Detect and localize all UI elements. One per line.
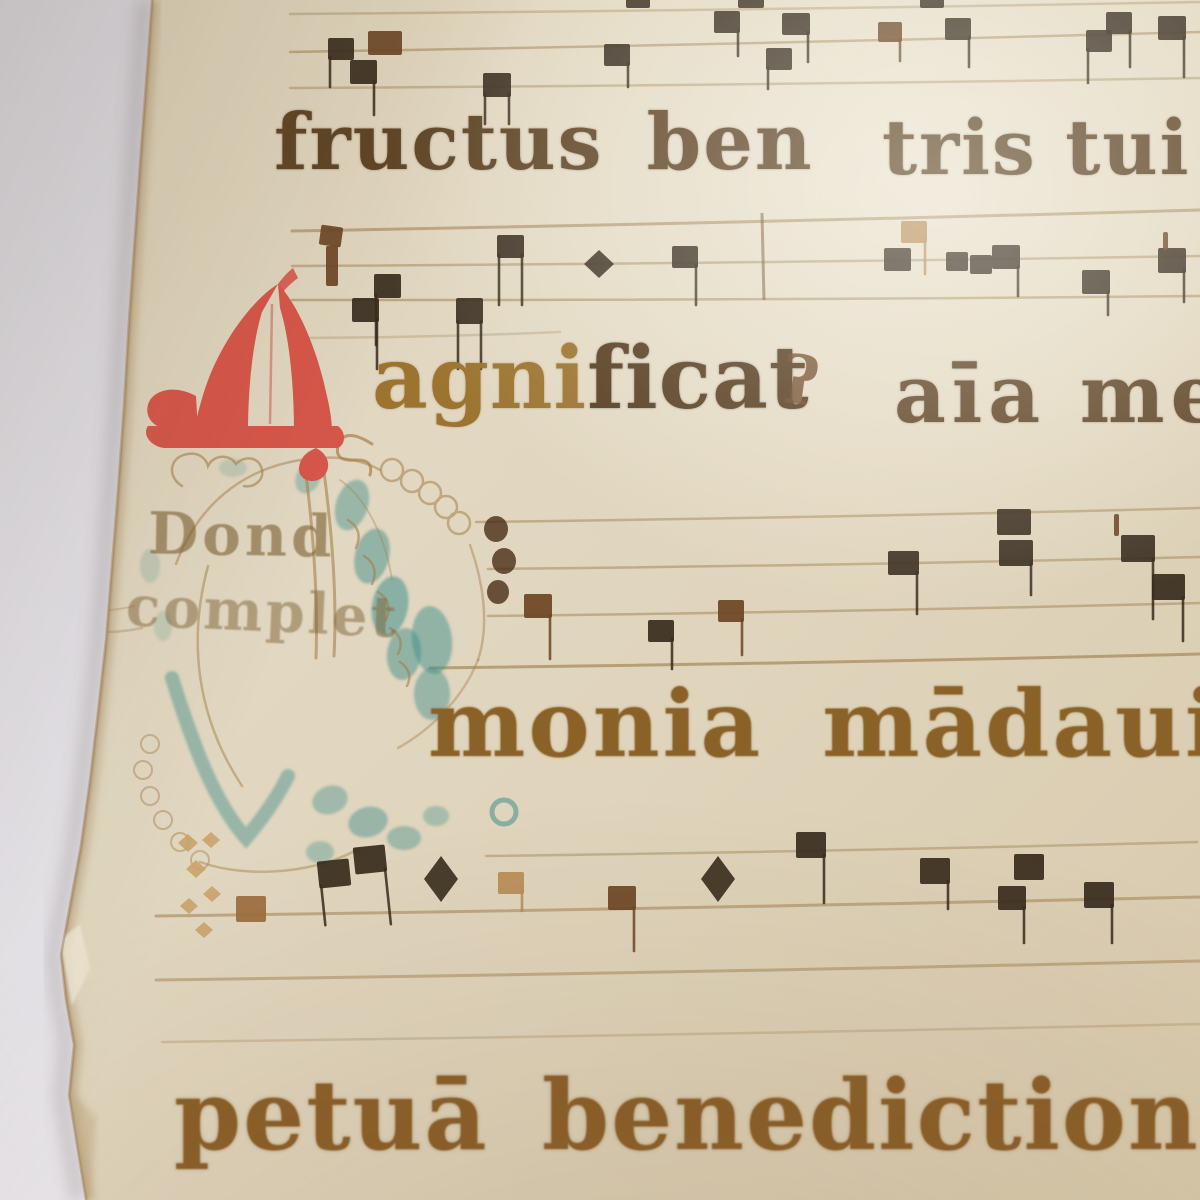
neume-sq (236, 896, 266, 922)
neume-sq (626, 0, 650, 8)
neume-blob (484, 516, 508, 542)
neume-sq (920, 0, 944, 8)
neume-bar (1114, 514, 1119, 536)
neume-sq (319, 225, 344, 248)
neume-sq (738, 0, 764, 8)
neume-blob (492, 548, 516, 574)
faded-inscription-line2: complet (125, 578, 401, 646)
magnificat-part1: agni (372, 328, 587, 429)
chant-text-tris-tui: tris tui (882, 110, 1191, 186)
staff-barline (762, 213, 764, 300)
chant-text-monia-madauit: monia mādauit (428, 678, 1200, 770)
neume-bar (326, 246, 338, 286)
neume-sq (884, 248, 911, 271)
chant-text-aia-me: aīa me (894, 354, 1200, 434)
neume-sq (997, 509, 1031, 535)
neume-sq (368, 31, 402, 55)
chant-text-magnificat: agnificat (372, 336, 810, 422)
chant-text-fructus-ven: fructus ben (274, 104, 814, 182)
chant-text-petua-benedictione: petuā benedictionē (174, 1068, 1200, 1164)
neume-sq (970, 255, 992, 274)
neume-sq (946, 252, 968, 271)
faded-inscription-line1: Dond (148, 504, 337, 565)
neume-blob (487, 580, 509, 604)
neume-sq (1014, 854, 1044, 880)
manuscript-photo: fructus ben tris tui agnificat ʔ aīa me … (0, 0, 1200, 1200)
neume-bar (1163, 232, 1168, 250)
